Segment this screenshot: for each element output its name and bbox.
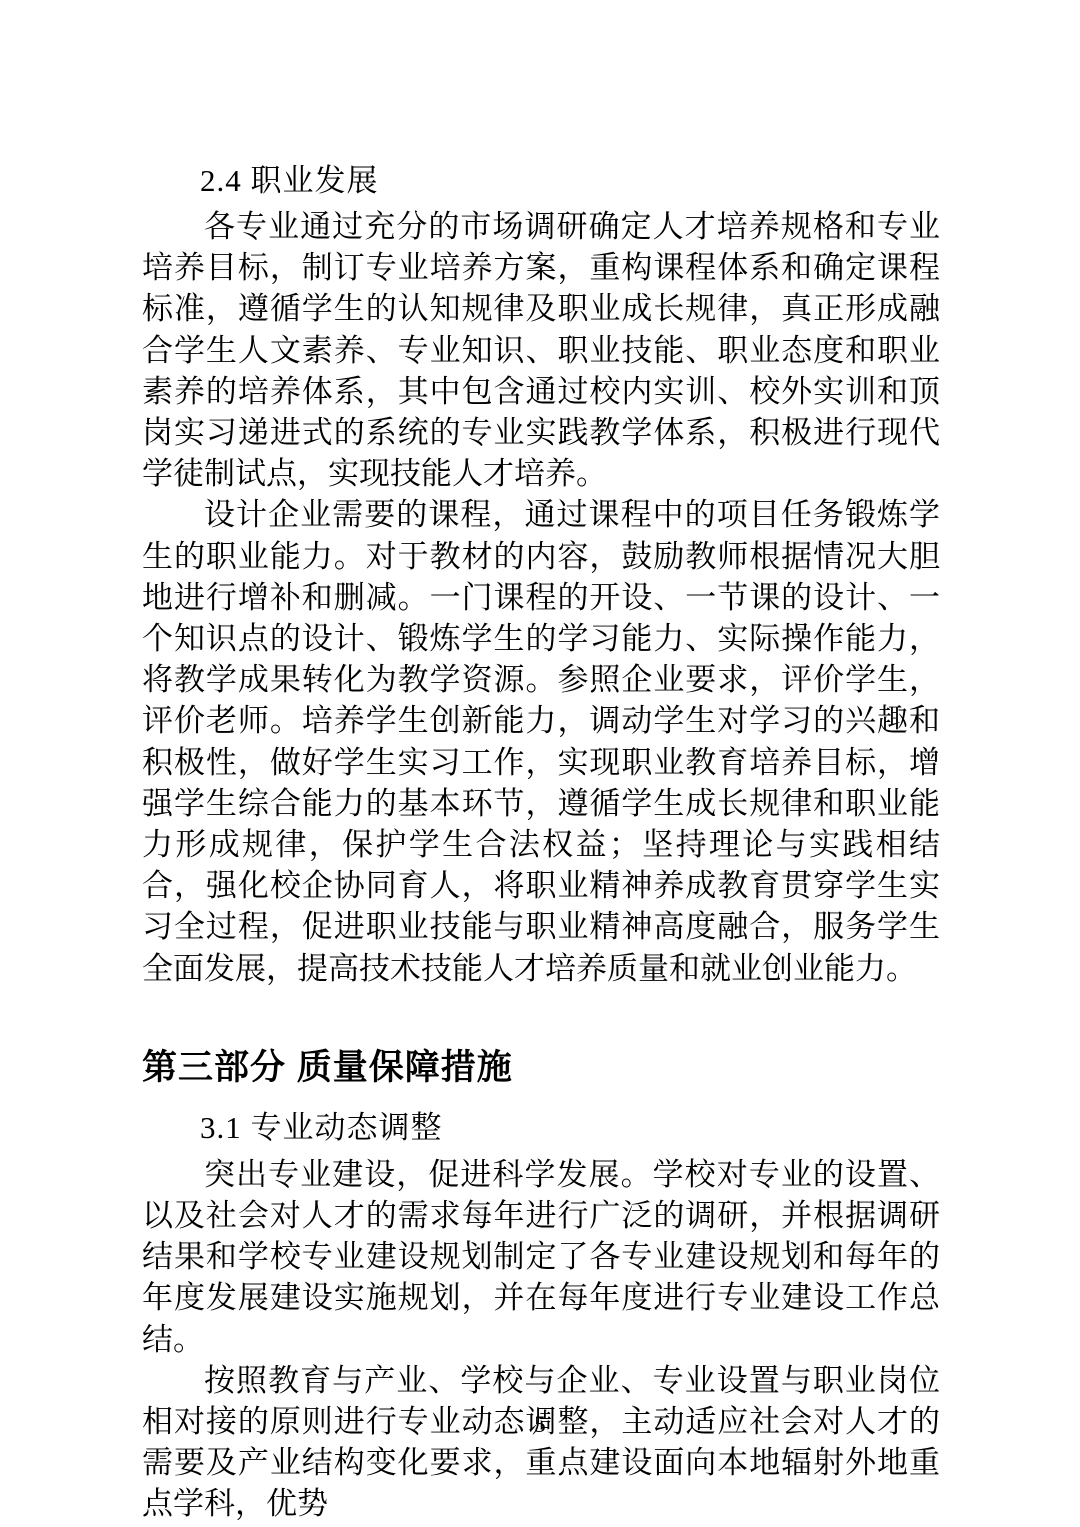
page-number: 5 [0,1413,1080,1437]
section-heading-2-4: 2.4 职业发展 [142,160,940,201]
document-page: 2.4 职业发展 各专业通过充分的市场调研确定人才培养规格和专业培养目标，制订专… [0,0,1080,1527]
section-heading-3-1: 3.1 专业动态调整 [142,1107,940,1148]
paragraph-career-development-2: 设计企业需要的课程，通过课程中的项目任务锻炼学生的职业能力。对于教材的内容，鼓励… [142,494,940,988]
page-content: 2.4 职业发展 各专业通过充分的市场调研确定人才培养规格和专业培养目标，制订专… [142,160,940,1525]
paragraph-dynamic-adjustment-1: 突出专业建设，促进科学发展。学校对专业的设置、以及社会对人才的需求每年进行广泛的… [142,1154,940,1360]
part-heading-quality-assurance: 第三部分 质量保障措施 [142,1045,940,1091]
paragraph-career-development-1: 各专业通过充分的市场调研确定人才培养规格和专业培养目标，制订专业培养方案，重构课… [142,206,940,494]
paragraph-dynamic-adjustment-2: 按照教育与产业、学校与企业、专业设置与职业岗位相对接的原则进行专业动态调整，主动… [142,1360,940,1525]
